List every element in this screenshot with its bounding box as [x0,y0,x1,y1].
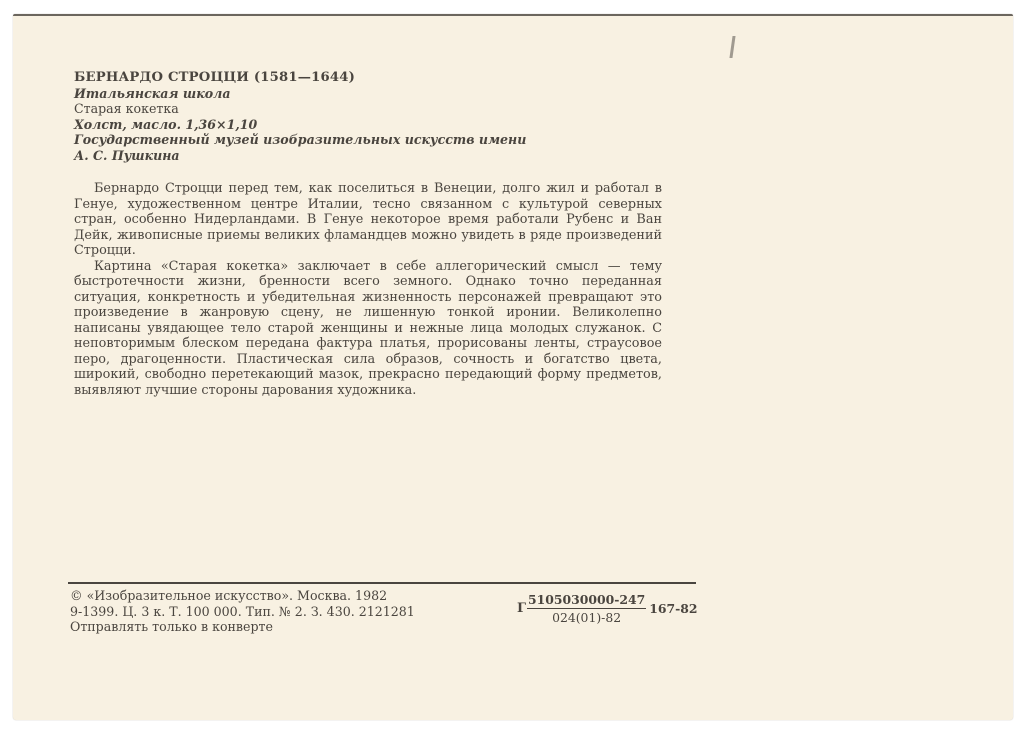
artist-title: БЕРНАРДО СТРОЦЦИ (1581—1644) [74,70,526,86]
code-numerator: 5105030000-247 [527,592,646,609]
code-fraction: 5105030000-247 024(01)-82 [527,592,646,625]
artwork-caption: БЕРНАРДО СТРОЦЦИ (1581—1644) Итальянская… [74,70,526,164]
museum-line-1: Государственный музей изобразительных ис… [74,132,526,148]
museum-line-2: А. С. Пушкина [74,148,526,164]
paragraph-1: Бернардо Строцци перед тем, как поселить… [74,181,662,259]
catalog-code: Г 5105030000-247 024(01)-82 167-82 [517,592,697,625]
code-suffix: 167-82 [649,601,697,616]
artist-years: (1581—1644) [254,70,355,85]
painting-title: Старая кокетка [74,101,526,117]
code-denominator: 024(01)-82 [552,609,621,625]
paragraph-2: Картина «Старая кокетка» заключает в себ… [74,259,662,399]
medium-label: Холст, масло. 1,36×1,10 [74,117,526,133]
footer-divider [68,582,696,584]
code-prefix: Г [517,601,526,616]
ink-mark [729,36,735,58]
description: Бернардо Строцци перед тем, как поселить… [74,181,662,398]
artist-name: БЕРНАРДО СТРОЦЦИ [74,70,249,85]
school-label: Итальянская школа [74,86,526,102]
